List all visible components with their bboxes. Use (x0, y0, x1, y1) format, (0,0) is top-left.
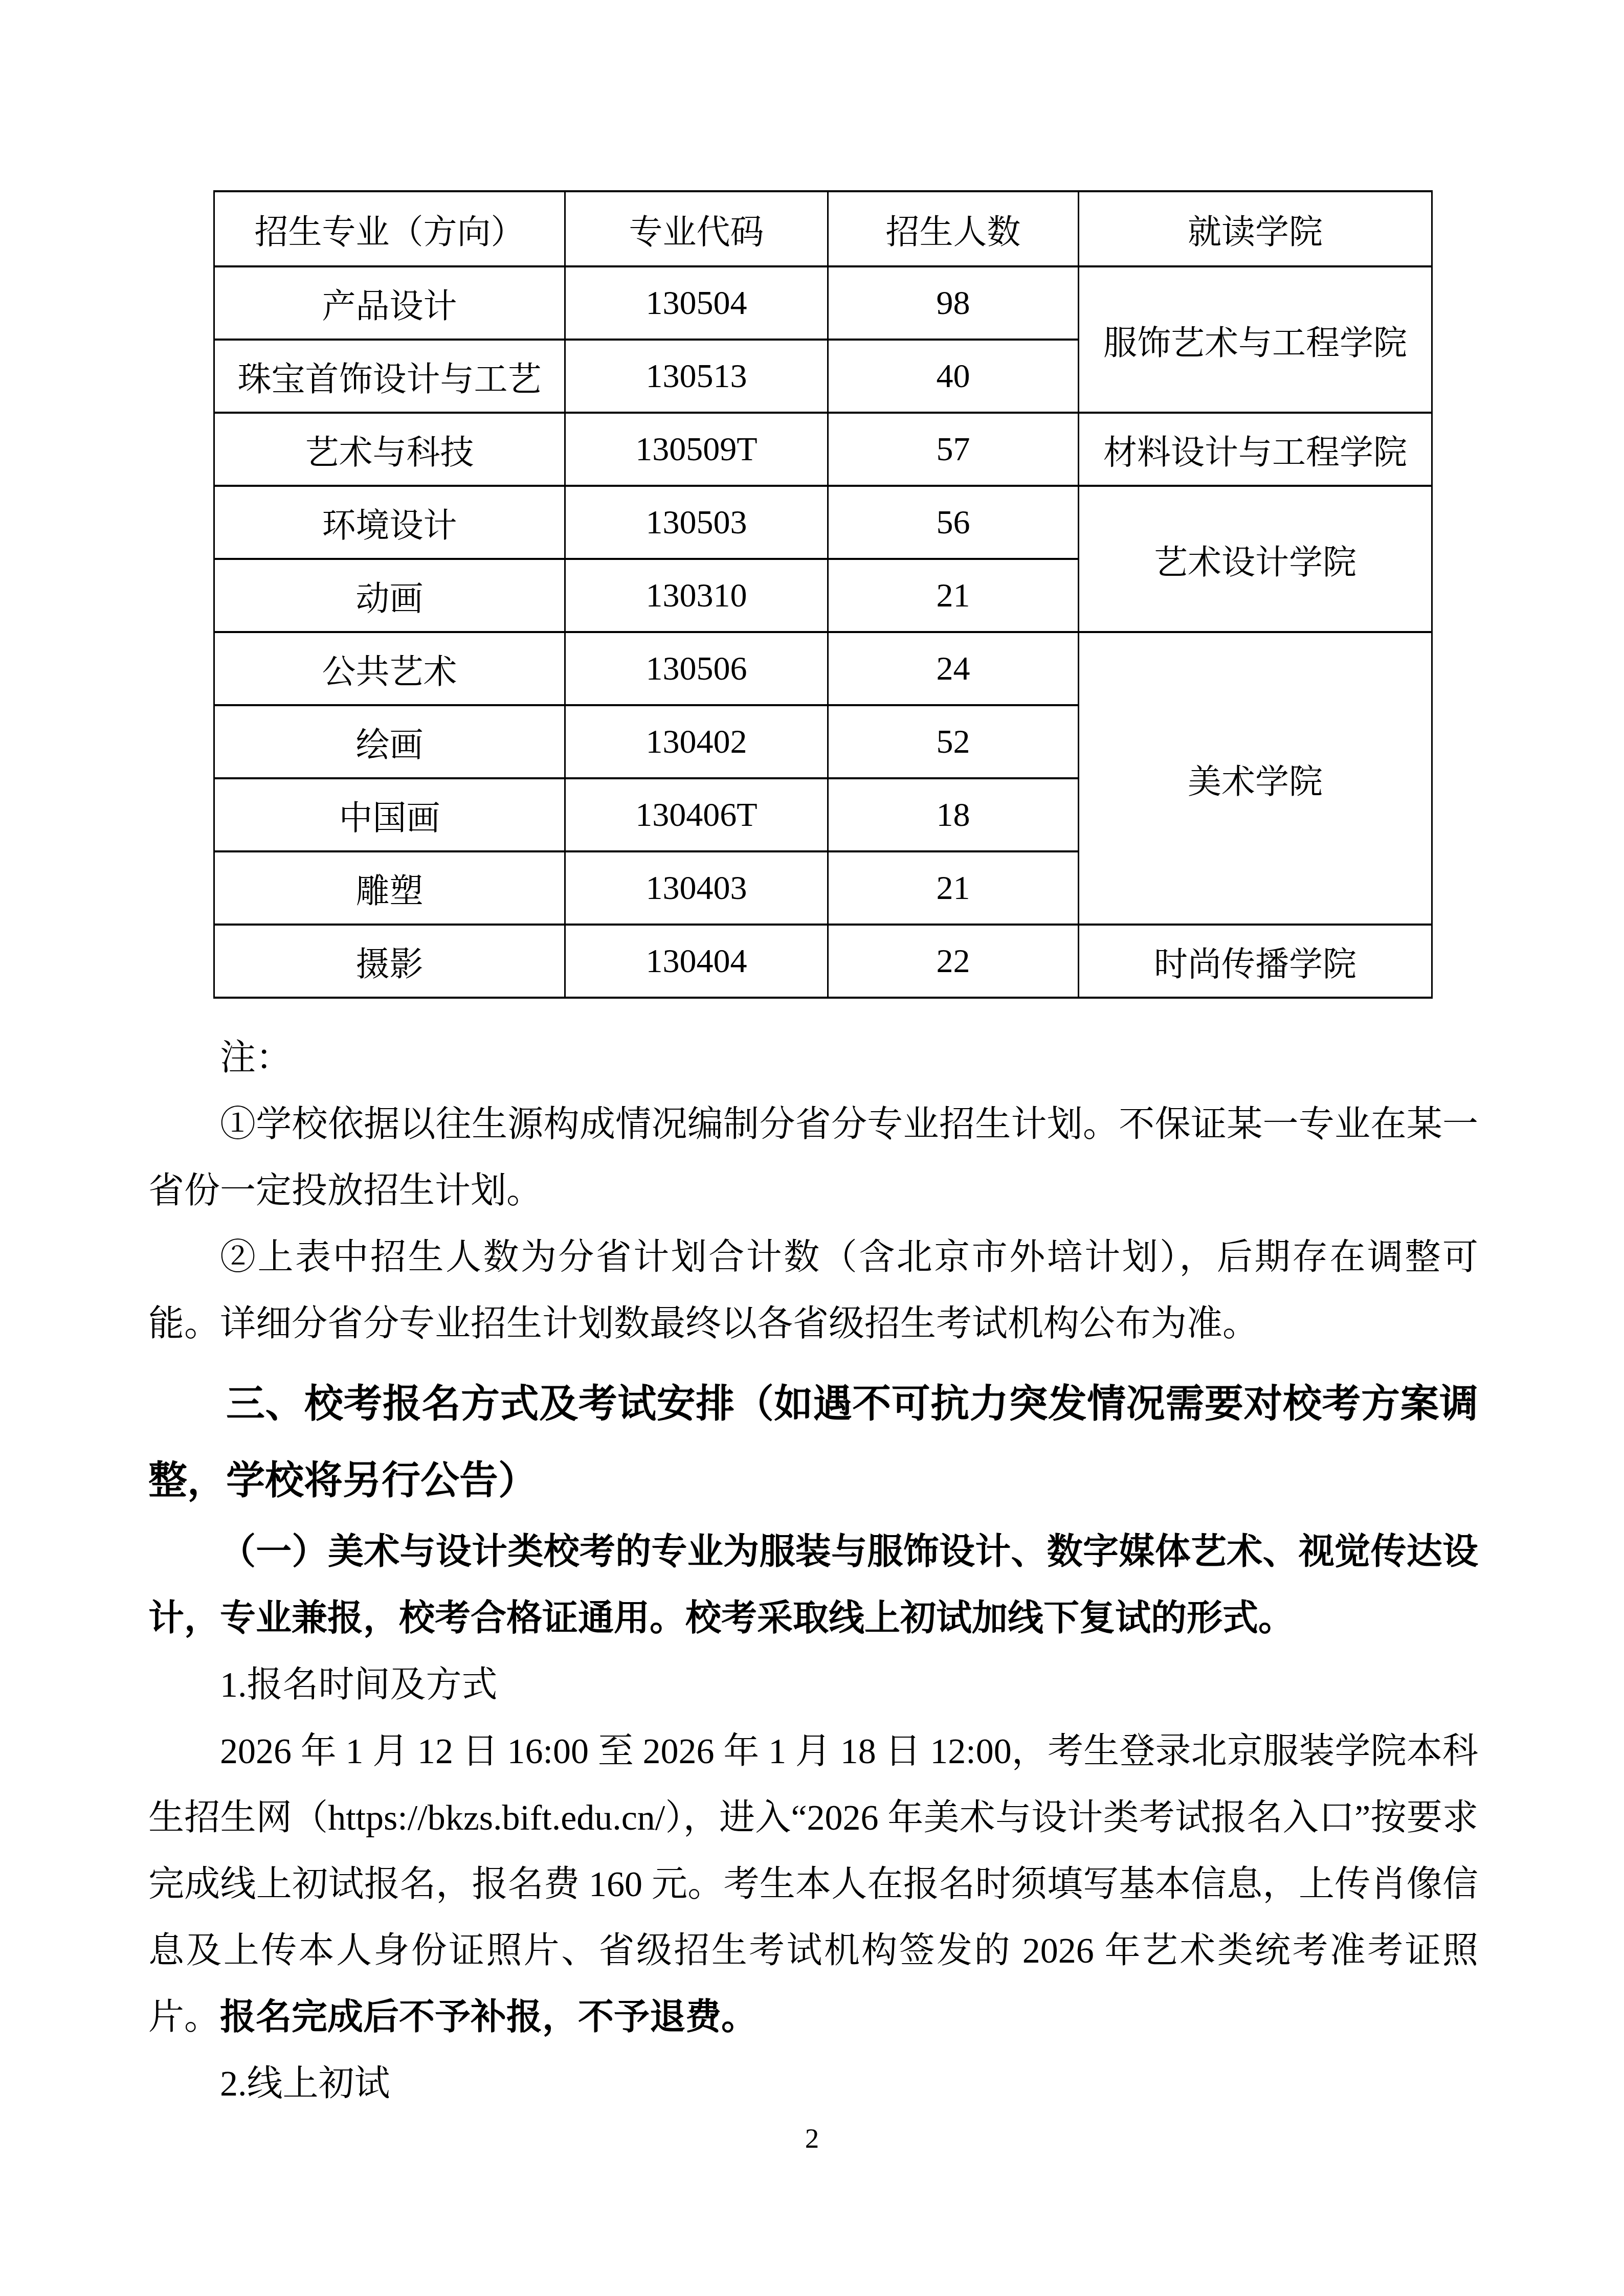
count-cell: 21 (828, 851, 1079, 925)
count-cell: 24 (828, 632, 1079, 705)
note-1: ①学校依据以往生源构成情况编制分省分专业招生计划。不保证某一专业在某一省份一定投… (148, 1092, 1478, 1225)
table-body: 产品设计13050498服饰艺术与工程学院珠宝首饰设计与工艺13051340艺术… (214, 266, 1432, 998)
page-content: 招生专业（方向）专业代码招生人数就读学院 产品设计13050498服饰艺术与工程… (0, 190, 1624, 2118)
code-cell: 130504 (565, 266, 828, 340)
table-row: 摄影13040422时尚传播学院 (214, 925, 1432, 998)
count-cell: 18 (828, 778, 1079, 851)
count-cell: 21 (828, 559, 1079, 632)
table-row: 产品设计13050498服饰艺术与工程学院 (214, 266, 1432, 340)
section-para-1: （一）美术与设计类校考的专业为服装与服饰设计、数字媒体艺术、视觉传达设计，专业兼… (148, 1519, 1478, 1652)
column-header: 招生专业（方向） (214, 191, 565, 266)
note-2: ②上表中招生人数为分省计划合计数（含北京市外培计划），后期存在调整可能。详细分省… (148, 1225, 1478, 1358)
code-cell: 130310 (565, 559, 828, 632)
code-cell: 130406T (565, 778, 828, 851)
count-cell: 98 (828, 266, 1079, 340)
major-cell: 艺术与科技 (214, 413, 565, 486)
para-2-bold-run: 报名完成后不予补报，不予退费。 (220, 1998, 757, 2037)
major-cell: 动画 (214, 559, 565, 632)
count-cell: 52 (828, 705, 1079, 778)
table-row: 公共艺术13050624美术学院 (214, 632, 1432, 705)
count-cell: 57 (828, 413, 1079, 486)
college-cell: 美术学院 (1079, 632, 1432, 925)
major-cell: 摄影 (214, 925, 565, 998)
section-para-2: 2026 年 1 月 12 日 16:00 至 2026 年 1 月 18 日 … (148, 1719, 1478, 2051)
code-cell: 130513 (565, 340, 828, 413)
page-number: 2 (0, 2122, 1624, 2154)
code-cell: 130402 (565, 705, 828, 778)
section-heading: 三、校考报名方式及考试安排（如遇不可抗力突发情况需要对校考方案调整，学校将另行公… (148, 1366, 1478, 1519)
code-cell: 130404 (565, 925, 828, 998)
count-cell: 56 (828, 486, 1079, 559)
code-cell: 130403 (565, 851, 828, 925)
college-cell: 艺术设计学院 (1079, 486, 1432, 632)
count-cell: 40 (828, 340, 1079, 413)
document-page: 招生专业（方向）专业代码招生人数就读学院 产品设计13050498服饰艺术与工程… (0, 0, 1624, 2296)
major-cell: 绘画 (214, 705, 565, 778)
table-row: 艺术与科技130509T57材料设计与工程学院 (214, 413, 1432, 486)
major-cell: 产品设计 (214, 266, 565, 340)
code-cell: 130503 (565, 486, 828, 559)
table-header-row: 招生专业（方向）专业代码招生人数就读学院 (214, 191, 1432, 266)
list-item-2: 2.线上初试 (148, 2051, 1478, 2118)
column-header: 就读学院 (1079, 191, 1432, 266)
major-cell: 珠宝首饰设计与工艺 (214, 340, 565, 413)
major-cell: 环境设计 (214, 486, 565, 559)
college-cell: 服饰艺术与工程学院 (1079, 266, 1432, 413)
college-cell: 材料设计与工程学院 (1079, 413, 1432, 486)
college-cell: 时尚传播学院 (1079, 925, 1432, 998)
code-cell: 130506 (565, 632, 828, 705)
list-item-1: 1.报名时间及方式 (148, 1652, 1478, 1719)
major-cell: 公共艺术 (214, 632, 565, 705)
column-header: 专业代码 (565, 191, 828, 266)
column-header: 招生人数 (828, 191, 1079, 266)
admission-plan-table: 招生专业（方向）专业代码招生人数就读学院 产品设计13050498服饰艺术与工程… (213, 190, 1433, 999)
code-cell: 130509T (565, 413, 828, 486)
table-row: 环境设计13050356艺术设计学院 (214, 486, 1432, 559)
major-cell: 中国画 (214, 778, 565, 851)
para-2-normal-run: 2026 年 1 月 12 日 16:00 至 2026 年 1 月 18 日 … (148, 1732, 1478, 2037)
notes-label: 注： (148, 1025, 1478, 1092)
major-cell: 雕塑 (214, 851, 565, 925)
count-cell: 22 (828, 925, 1079, 998)
